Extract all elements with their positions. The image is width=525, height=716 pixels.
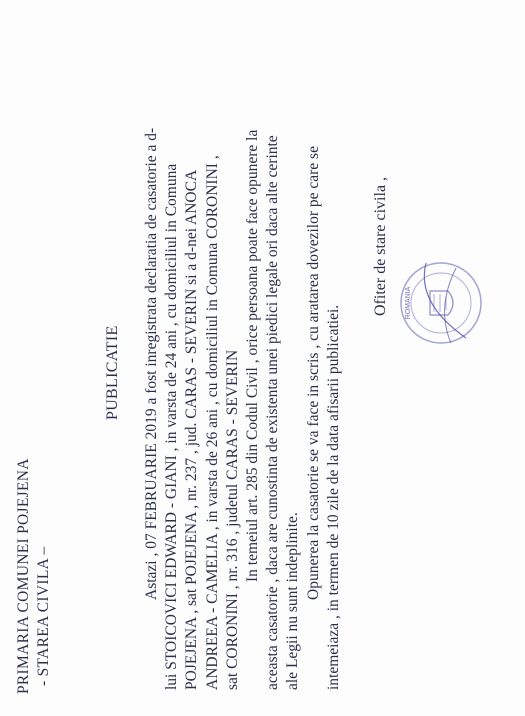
body-line: sat CORONINI , nr. 316 , judetul CARAS -… [223,10,243,690]
body-line: aceasta casatorie , daca are cunostinta … [263,10,283,690]
body-line: ale Legii nu sunt indeplinite. [283,10,303,690]
document-title: PUBLICATIE [104,325,122,420]
body-line: ANDREEA - CAMELIA , in varsta de 26 ani … [203,10,223,690]
issuer-header: PRIMARIA COMUNEI POJEJENA - STAREA CIVIL… [14,458,54,694]
body-line: Astazi , 07 FEBRUARIE 2019 a fost inregi… [142,10,162,690]
body-line: In temeiul art. 285 din Codul Civil , or… [243,10,263,690]
body-line: Opunerea la casatorie se va face in scri… [304,10,324,690]
issuer-name: PRIMARIA COMUNEI POJEJENA [14,458,34,694]
document-page: PRIMARIA COMUNEI POJEJENA - STAREA CIVIL… [0,0,525,716]
issuer-department: - STAREA CIVILA – [34,458,54,694]
svg-text:ROMANIA: ROMANIA [405,286,412,319]
body-line: intemeiaza , in termen de 10 zile de la … [324,10,344,690]
official-stamp-icon: ROMANIA [396,258,486,348]
body-line: lui STOICOVICI EDWARD - GIANI , in varst… [162,10,182,690]
signature-label: Ofiter de stare civila , [372,177,390,316]
body-line: POJEJENA , sat POJEJENA , nr. 237 , jud.… [182,10,202,690]
document-body: Astazi , 07 FEBRUARIE 2019 a fost inregi… [142,10,344,690]
